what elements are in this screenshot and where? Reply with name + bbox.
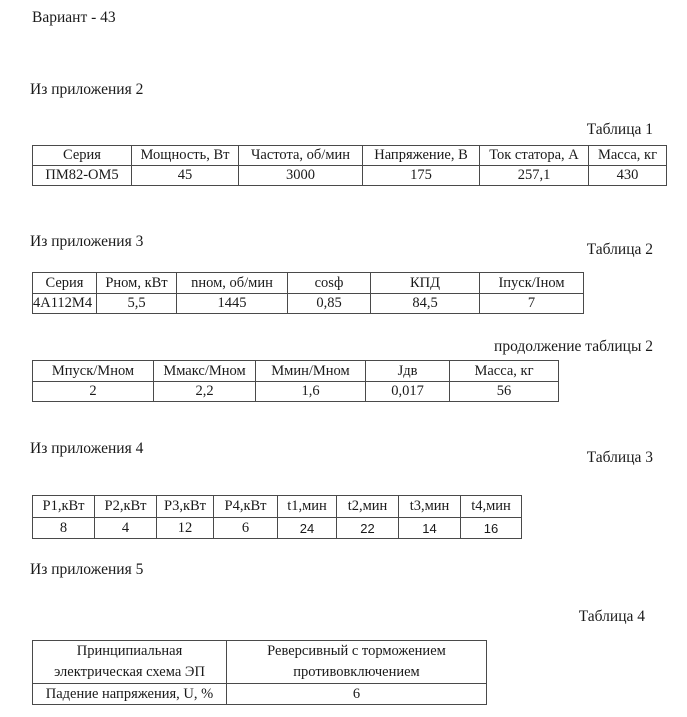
table2-header-cell: Pном, кВт <box>97 273 177 294</box>
table1-header-cell: Серия <box>33 146 132 166</box>
table3-cell: 16 <box>461 518 522 539</box>
table3-cell: 6 <box>214 518 278 539</box>
table1-cell: 257,1 <box>480 166 589 186</box>
table2-cell: 84,5 <box>371 294 480 314</box>
table3-header-cell: t4,мин <box>461 496 522 518</box>
table2-cont-cell: 0,017 <box>366 382 450 402</box>
table1-header-row: Серия Мощность, Вт Частота, об/мин Напря… <box>33 146 667 166</box>
table4: Принципиальная электрическая схема ЭП Ре… <box>32 640 487 705</box>
table1-header-cell: Мощность, Вт <box>132 146 239 166</box>
table4-label-cell: Принципиальная электрическая схема ЭП <box>33 641 227 684</box>
table3-cell: 8 <box>33 518 95 539</box>
table2-cont-cell: 1,6 <box>256 382 366 402</box>
table2-caption: Таблица 2 <box>587 241 653 259</box>
table3-cell: 14 <box>399 518 461 539</box>
table2-cont-header-cell: Ммин/Мном <box>256 361 366 382</box>
table2-header-cell: КПД <box>371 273 480 294</box>
table2-cont-header-cell: Мпуск/Мном <box>33 361 154 382</box>
table3-cell: 12 <box>157 518 214 539</box>
table3-header-cell: P3,кВт <box>157 496 214 518</box>
table2-header-row: Серия Pном, кВт nном, об/мин cosф КПД Iп… <box>33 273 584 294</box>
table3-header-cell: P1,кВт <box>33 496 95 518</box>
table2-cont-header-cell: Ммакс/Мном <box>154 361 256 382</box>
table2-cell: 5,5 <box>97 294 177 314</box>
table4-caption: Таблица 4 <box>579 608 645 626</box>
table3-cell: 22 <box>337 518 399 539</box>
section-heading-app3: Из приложения 3 <box>30 233 143 251</box>
table1-cell: 45 <box>132 166 239 186</box>
table2-cell: 1445 <box>177 294 288 314</box>
table4-value-cell: Реверсивный с торможением противовключен… <box>227 641 487 684</box>
table4-label-cell: Падение напряжения, U, % <box>33 684 227 705</box>
table1-data-row: ПМ82-ОМ5 45 3000 175 257,1 430 <box>33 166 667 186</box>
variant-title: Вариант - 43 <box>32 9 116 27</box>
table3-cell: 4 <box>95 518 157 539</box>
table2-header-cell: Серия <box>33 273 97 294</box>
table3-header-cell: P4,кВт <box>214 496 278 518</box>
table3-header-cell: t3,мин <box>399 496 461 518</box>
table1-header-cell: Частота, об/мин <box>239 146 363 166</box>
table2-cont-cell: 2 <box>33 382 154 402</box>
table2-header-cell: nном, об/мин <box>177 273 288 294</box>
table3-cell: 24 <box>278 518 337 539</box>
table2-header-cell: cosф <box>288 273 371 294</box>
table4-row: Падение напряжения, U, % 6 <box>33 684 487 705</box>
table4-value-cell: 6 <box>227 684 487 705</box>
table3: P1,кВт P2,кВт P3,кВт P4,кВт t1,мин t2,ми… <box>32 495 522 539</box>
table2-cont-header-cell: Масса, кг <box>450 361 559 382</box>
table2-cell: 4А112М4 <box>33 294 97 314</box>
table2-cont-cell: 2,2 <box>154 382 256 402</box>
table2-cont-header-cell: Jдв <box>366 361 450 382</box>
table1-cell: ПМ82-ОМ5 <box>33 166 132 186</box>
table1-header-cell: Масса, кг <box>589 146 667 166</box>
table1-caption: Таблица 1 <box>587 121 653 139</box>
table1-header-cell: Напряжение, В <box>363 146 480 166</box>
table1-cell: 430 <box>589 166 667 186</box>
table1-cell: 3000 <box>239 166 363 186</box>
section-heading-app2: Из приложения 2 <box>30 81 143 99</box>
table3-header-cell: t2,мин <box>337 496 399 518</box>
table1-header-cell: Ток статора, А <box>480 146 589 166</box>
table3-header-cell: t1,мин <box>278 496 337 518</box>
table2-data-row: 4А112М4 5,5 1445 0,85 84,5 7 <box>33 294 584 314</box>
table3-header-row: P1,кВт P2,кВт P3,кВт P4,кВт t1,мин t2,ми… <box>33 496 522 518</box>
table2-cell: 7 <box>480 294 584 314</box>
table2-cont-header-row: Мпуск/Мном Ммакс/Мном Ммин/Мном Jдв Масс… <box>33 361 559 382</box>
table4-row: Принципиальная электрическая схема ЭП Ре… <box>33 641 487 684</box>
section-heading-app5: Из приложения 5 <box>30 561 143 579</box>
table3-header-cell: P2,кВт <box>95 496 157 518</box>
table1: Серия Мощность, Вт Частота, об/мин Напря… <box>32 145 667 186</box>
table2-cell: 0,85 <box>288 294 371 314</box>
table3-data-row: 8 4 12 6 24 22 14 16 <box>33 518 522 539</box>
table1-cell: 175 <box>363 166 480 186</box>
table2: Серия Pном, кВт nном, об/мин cosф КПД Iп… <box>32 272 584 314</box>
section-heading-app4: Из приложения 4 <box>30 440 143 458</box>
table2-continuation-caption: продолжение таблицы 2 <box>494 338 653 356</box>
table2-cont-cell: 56 <box>450 382 559 402</box>
table3-caption: Таблица 3 <box>587 449 653 467</box>
table2-cont-data-row: 2 2,2 1,6 0,017 56 <box>33 382 559 402</box>
table2-continuation: Мпуск/Мном Ммакс/Мном Ммин/Мном Jдв Масс… <box>32 360 559 402</box>
table2-header-cell: Iпуск/Iном <box>480 273 584 294</box>
